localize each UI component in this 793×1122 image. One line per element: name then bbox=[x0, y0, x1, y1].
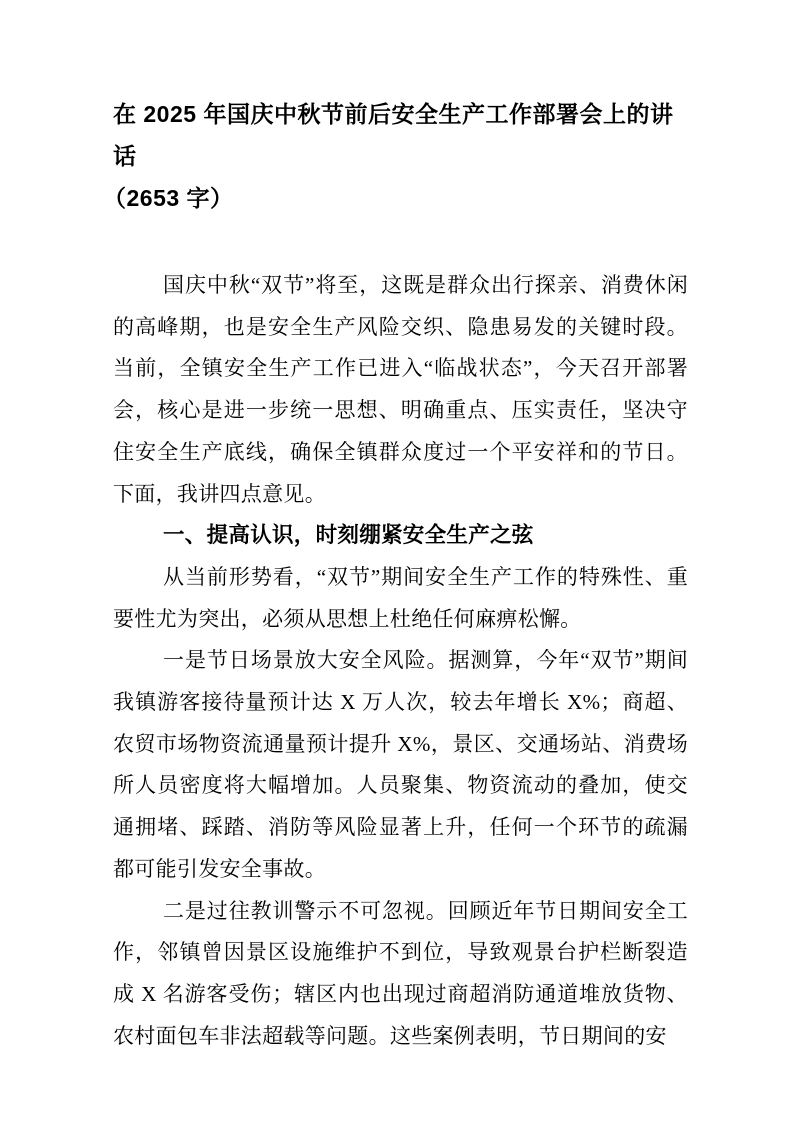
document-title-word-count: （2653 字） bbox=[103, 177, 688, 219]
paragraph-intro: 国庆中秋“双节”将至，这既是群众出行探亲、消费休闲的高峰期，也是安全生产风险交织… bbox=[113, 265, 688, 515]
paragraph-point-2: 二是过往教训警示不可忽视。回顾近年节日期间安全工作，邻镇曾因景区设施维护不到位，… bbox=[113, 891, 688, 1058]
document-body: 国庆中秋“双节”将至，这既是群众出行探亲、消费休闲的高峰期，也是安全生产风险交织… bbox=[113, 265, 688, 1057]
document-page: 在 2025 年国庆中秋节前后安全生产工作部署会上的讲话 （2653 字） 国庆… bbox=[0, 0, 793, 1122]
document-title-line-1: 在 2025 年国庆中秋节前后安全生产工作部署会上的讲话 bbox=[113, 93, 688, 177]
document-title: 在 2025 年国庆中秋节前后安全生产工作部署会上的讲话 （2653 字） bbox=[113, 93, 688, 219]
section-heading-1: 一、提高认识，时刻绷紧安全生产之弦 bbox=[113, 515, 688, 557]
paragraph-point-1: 一是节日场景放大安全风险。据测算，今年“双节”期间我镇游客接待量预计达 X 万人… bbox=[113, 640, 688, 890]
paragraph-situation: 从当前形势看，“双节”期间安全生产工作的特殊性、重要性尤为突出，必须从思想上杜绝… bbox=[113, 557, 688, 640]
